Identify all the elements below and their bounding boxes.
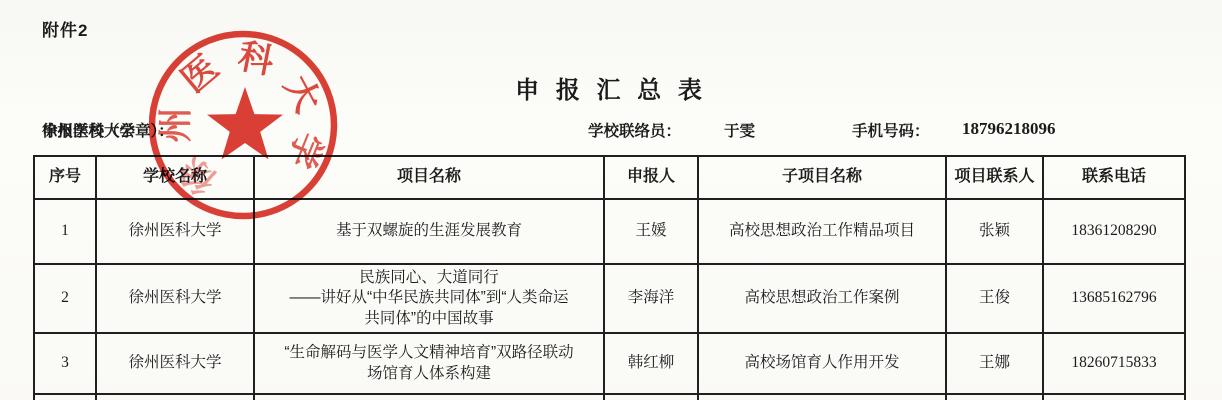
liaison-label: 学校联络员： <box>588 119 681 141</box>
cell-school: 徐州医科大学 <box>96 199 254 264</box>
cell-contact: 张颖 <box>946 199 1043 264</box>
cell-no: 1 <box>34 199 96 264</box>
col-header-no: 序号 <box>34 156 96 199</box>
col-header-applicant: 申报人 <box>604 156 698 199</box>
cell-no: 3 <box>34 333 96 394</box>
cell-school: 徐州医科大学 <box>96 264 254 333</box>
page-title: 申 报 汇 总 表 <box>0 70 1222 105</box>
cell-contact: 王俊 <box>946 264 1043 333</box>
cell-project: 民族同心、大道同行 ——讲好从“中华民族共同体”到“人类命运 共同体”的中国故事 <box>254 264 604 333</box>
info-line: 申报学校（公章）：徐州医科大学 学校联络员： 于雯 手机号码： 18796218… <box>0 119 1222 143</box>
table-header-row: 序号 学校名称 项目名称 申报人 子项目名称 项目联系人 联系电话 <box>34 156 1185 199</box>
table-row-clipped <box>34 394 1185 400</box>
attachment-label: 附件2 <box>42 16 88 41</box>
cell-project: “生命解码与医学人文精神培育”双路径联动 场馆育人体系构建 <box>254 333 604 394</box>
declaring-school-value: 徐州医科大学 <box>42 119 135 141</box>
cell-subproject: 高校场馆育人作用开发 <box>698 333 946 394</box>
summary-table: 序号 学校名称 项目名称 申报人 子项目名称 项目联系人 联系电话 1 徐州医科… <box>33 155 1186 400</box>
mobile-value: 18796218096 <box>962 119 1056 139</box>
col-header-contact: 项目联系人 <box>946 156 1043 199</box>
liaison-value: 于雯 <box>724 119 755 141</box>
col-header-school: 学校名称 <box>96 156 254 199</box>
cell-project: 基于双螺旋的生涯发展教育 <box>254 199 604 264</box>
table-row: 1 徐州医科大学 基于双螺旋的生涯发展教育 王媛 高校思想政治工作精品项目 张颖… <box>34 199 1185 264</box>
cell-contact: 王娜 <box>946 333 1043 394</box>
cell-subproject: 高校思想政治工作精品项目 <box>698 199 946 264</box>
table-row: 2 徐州医科大学 民族同心、大道同行 ——讲好从“中华民族共同体”到“人类命运 … <box>34 264 1185 333</box>
cell-subproject: 高校思想政治工作案例 <box>698 264 946 333</box>
cell-phone: 18260715833 <box>1043 333 1185 394</box>
cell-applicant: 韩红柳 <box>604 333 698 394</box>
cell-applicant: 李海洋 <box>604 264 698 333</box>
cell-school: 徐州医科大学 <box>96 333 254 394</box>
cell-applicant: 王媛 <box>604 199 698 264</box>
cell-no: 2 <box>34 264 96 333</box>
cell-phone: 18361208290 <box>1043 199 1185 264</box>
cell-phone: 13685162796 <box>1043 264 1185 333</box>
col-header-project: 项目名称 <box>254 156 604 199</box>
col-header-phone: 联系电话 <box>1043 156 1185 199</box>
table-row: 3 徐州医科大学 “生命解码与医学人文精神培育”双路径联动 场馆育人体系构建 韩… <box>34 333 1185 394</box>
mobile-label: 手机号码： <box>852 119 930 141</box>
col-header-subproject: 子项目名称 <box>698 156 946 199</box>
